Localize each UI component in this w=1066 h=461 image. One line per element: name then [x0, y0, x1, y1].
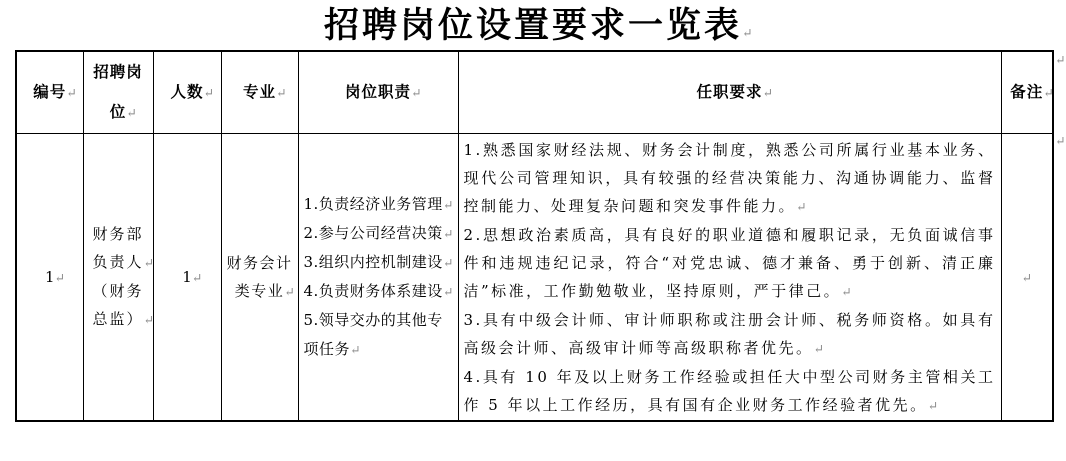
paragraph-text: 3.组织内控机制建设	[304, 253, 443, 271]
paragraph-text: （财务总监）	[92, 282, 143, 328]
header-row: 编号↵ 招聘岗位↵ 人数↵ 专业↵ 岗位职责↵ 任职要求↵ 备注↵	[16, 51, 1053, 134]
document-title: 招聘岗位设置要求一览表	[324, 5, 742, 46]
row-end-paragraph-mark-icon: ↵	[1055, 133, 1065, 148]
header-label: 专业	[243, 82, 276, 101]
header-label: 任职要求	[696, 82, 762, 101]
row-end-paragraph-mark-icon: ↵	[1055, 52, 1065, 67]
cell-remark: ↵	[1001, 134, 1053, 422]
paragraph-text: 1.熟悉国家财经法规、财务会计制度，熟悉公司所属行业基本业务、现代公司管理知识，…	[464, 141, 996, 215]
header-label: 人数	[170, 82, 203, 101]
paragraph: 1.熟悉国家财经法规、财务会计制度，熟悉公司所属行业基本业务、现代公司管理知识，…	[464, 136, 996, 221]
paragraph-text: 1.负责经济业务管理	[304, 195, 443, 213]
number-value: 1	[45, 268, 55, 286]
paragraph: 2.参与公司经营决策↵	[304, 219, 453, 248]
paragraph: 5.领导交办的其他专项任务↵	[304, 306, 453, 364]
paragraph-text: 4.负责财务体系建设	[304, 282, 443, 300]
paragraph-text: 5.领导交办的其他专项任务	[304, 311, 443, 358]
table-row: 1↵ 财务部负责人↵（财务总监）↵ 1↵ 财务会计类专业↵ 1.负责经济业务管理…	[16, 134, 1053, 422]
paragraph: 财务部负责人↵	[88, 220, 149, 277]
paragraph-text: 3.具有中级会计师、审计师职称或注册会计师、税务师资格。如具有高级会计师、高级审…	[464, 311, 996, 357]
cell-requirements: 1.熟悉国家财经法规、财务会计制度，熟悉公司所属行业基本业务、现代公司管理知识，…	[458, 134, 1001, 422]
header-label: 备注	[1010, 82, 1043, 101]
col-header-number: 编号↵	[16, 51, 83, 134]
paragraph: （财务总监）↵	[88, 277, 149, 334]
cell-major: 财务会计类专业↵	[221, 134, 298, 422]
document-page: 招聘岗位设置要求一览表↵ 编号↵ 招聘岗位↵ 人数↵ 专业↵ 岗位职责↵ 任职要…	[0, 0, 1066, 461]
col-header-requirements: 任职要求↵	[458, 51, 1001, 134]
cell-number: 1↵	[16, 134, 83, 422]
paragraph-text: 4.具有 10 年及以上财务工作经验或担任大中型公司财务主管相关工作 5 年以上…	[464, 368, 996, 414]
paragraph: 3.组织内控机制建设↵	[304, 248, 453, 277]
paragraph: 3.具有中级会计师、审计师职称或注册会计师、税务师资格。如具有高级会计师、高级审…	[464, 306, 996, 363]
col-header-remark: 备注↵	[1001, 51, 1053, 134]
col-header-headcount: 人数↵	[153, 51, 221, 134]
paragraph: 4.负责财务体系建设↵	[304, 277, 453, 306]
header-label: 岗位职责	[345, 82, 411, 101]
title-row: 招聘岗位设置要求一览表↵	[0, 4, 1066, 48]
paragraph: 4.具有 10 年及以上财务工作经验或担任大中型公司财务主管相关工作 5 年以上…	[464, 363, 996, 420]
headcount-value: 1	[182, 268, 192, 286]
paragraph-text: 2.思想政治素质高，具有良好的职业道德和履职记录，无负面诚信事件和违规违纪记录，…	[464, 226, 996, 300]
paragraph: 2.思想政治素质高，具有良好的职业道德和履职记录，无负面诚信事件和违规违纪记录，…	[464, 221, 996, 306]
major-value: 财务会计类专业	[226, 254, 292, 300]
paragraph-text: 2.参与公司经营决策	[304, 224, 443, 242]
cell-position: 财务部负责人↵（财务总监）↵	[83, 134, 153, 422]
cell-duties: 1.负责经济业务管理↵2.参与公司经营决策↵3.组织内控机制建设↵4.负责财务体…	[298, 134, 458, 422]
col-header-position: 招聘岗位↵	[83, 51, 153, 134]
col-header-major: 专业↵	[221, 51, 298, 134]
paragraph: 1.负责经济业务管理↵	[304, 190, 453, 219]
col-header-duties: 岗位职责↵	[298, 51, 458, 134]
paragraph-mark-icon: ↵	[1022, 270, 1032, 285]
header-label: 编号	[33, 82, 66, 101]
cell-headcount: 1↵	[153, 134, 221, 422]
paragraph-text: 财务部负责人	[92, 225, 143, 271]
recruitment-requirements-table: 编号↵ 招聘岗位↵ 人数↵ 专业↵ 岗位职责↵ 任职要求↵ 备注↵ 1↵ 财务部…	[15, 50, 1054, 422]
